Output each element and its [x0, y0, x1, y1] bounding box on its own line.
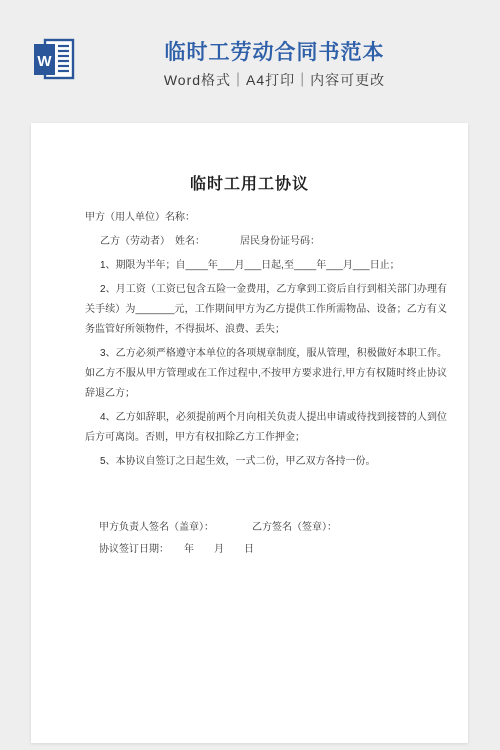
clause-1: 1、期限为半年；自____年___月___日起,至____年___月___日止；: [85, 256, 447, 276]
header: W 临时工劳动合同书范本 Word格式｜A4打印｜内容可更改: [0, 0, 500, 123]
party-a-line: 甲方（用人单位）名称：: [85, 208, 447, 228]
party-b-signature-label: 乙方签名（签章）：: [252, 522, 337, 533]
page-title: 临时工劳动合同书范本: [77, 41, 472, 65]
clause-2: 2、月工资（工资已包含五险一金费用，乙方拿到工资后自行到相关部门办理有关手续）为…: [85, 280, 447, 340]
word-icon-letter: W: [37, 53, 52, 70]
page-subtitle: Word格式｜A4打印｜内容可更改: [77, 72, 472, 88]
sign-date-line: 协议签订日期： 年 月 日: [85, 540, 447, 560]
document-title: 临时工用工协议: [31, 175, 468, 194]
clause-4: 4、乙方如辞职，必须提前两个月向相关负责人提出申请或待找到接替的人到位后方可离岗…: [85, 408, 447, 448]
party-b-line: 乙方（劳动者） 姓名： 居民身份证号码：: [85, 232, 447, 252]
screen: W 临时工劳动合同书范本 Word格式｜A4打印｜内容可更改 临时工用工协议 甲…: [0, 0, 500, 750]
word-icon: W: [31, 37, 77, 83]
signature-row: 甲方负责人签名（盖章）：乙方签名（签章）：: [85, 518, 447, 538]
clause-5: 5、本协议自签订之日起生效，一式二份，甲乙双方各持一份。: [85, 452, 447, 472]
document-page: 临时工用工协议 甲方（用人单位）名称： 乙方（劳动者） 姓名： 居民身份证号码：…: [31, 123, 468, 743]
header-text: 临时工劳动合同书范本 Word格式｜A4打印｜内容可更改: [77, 0, 472, 88]
clause-3: 3、乙方必须严格遵守本单位的各项规章制度，服从管理，积极做好本职工作。如乙方不服…: [85, 344, 447, 404]
party-a-signature-label: 甲方负责人签名（盖章）：: [99, 522, 214, 533]
